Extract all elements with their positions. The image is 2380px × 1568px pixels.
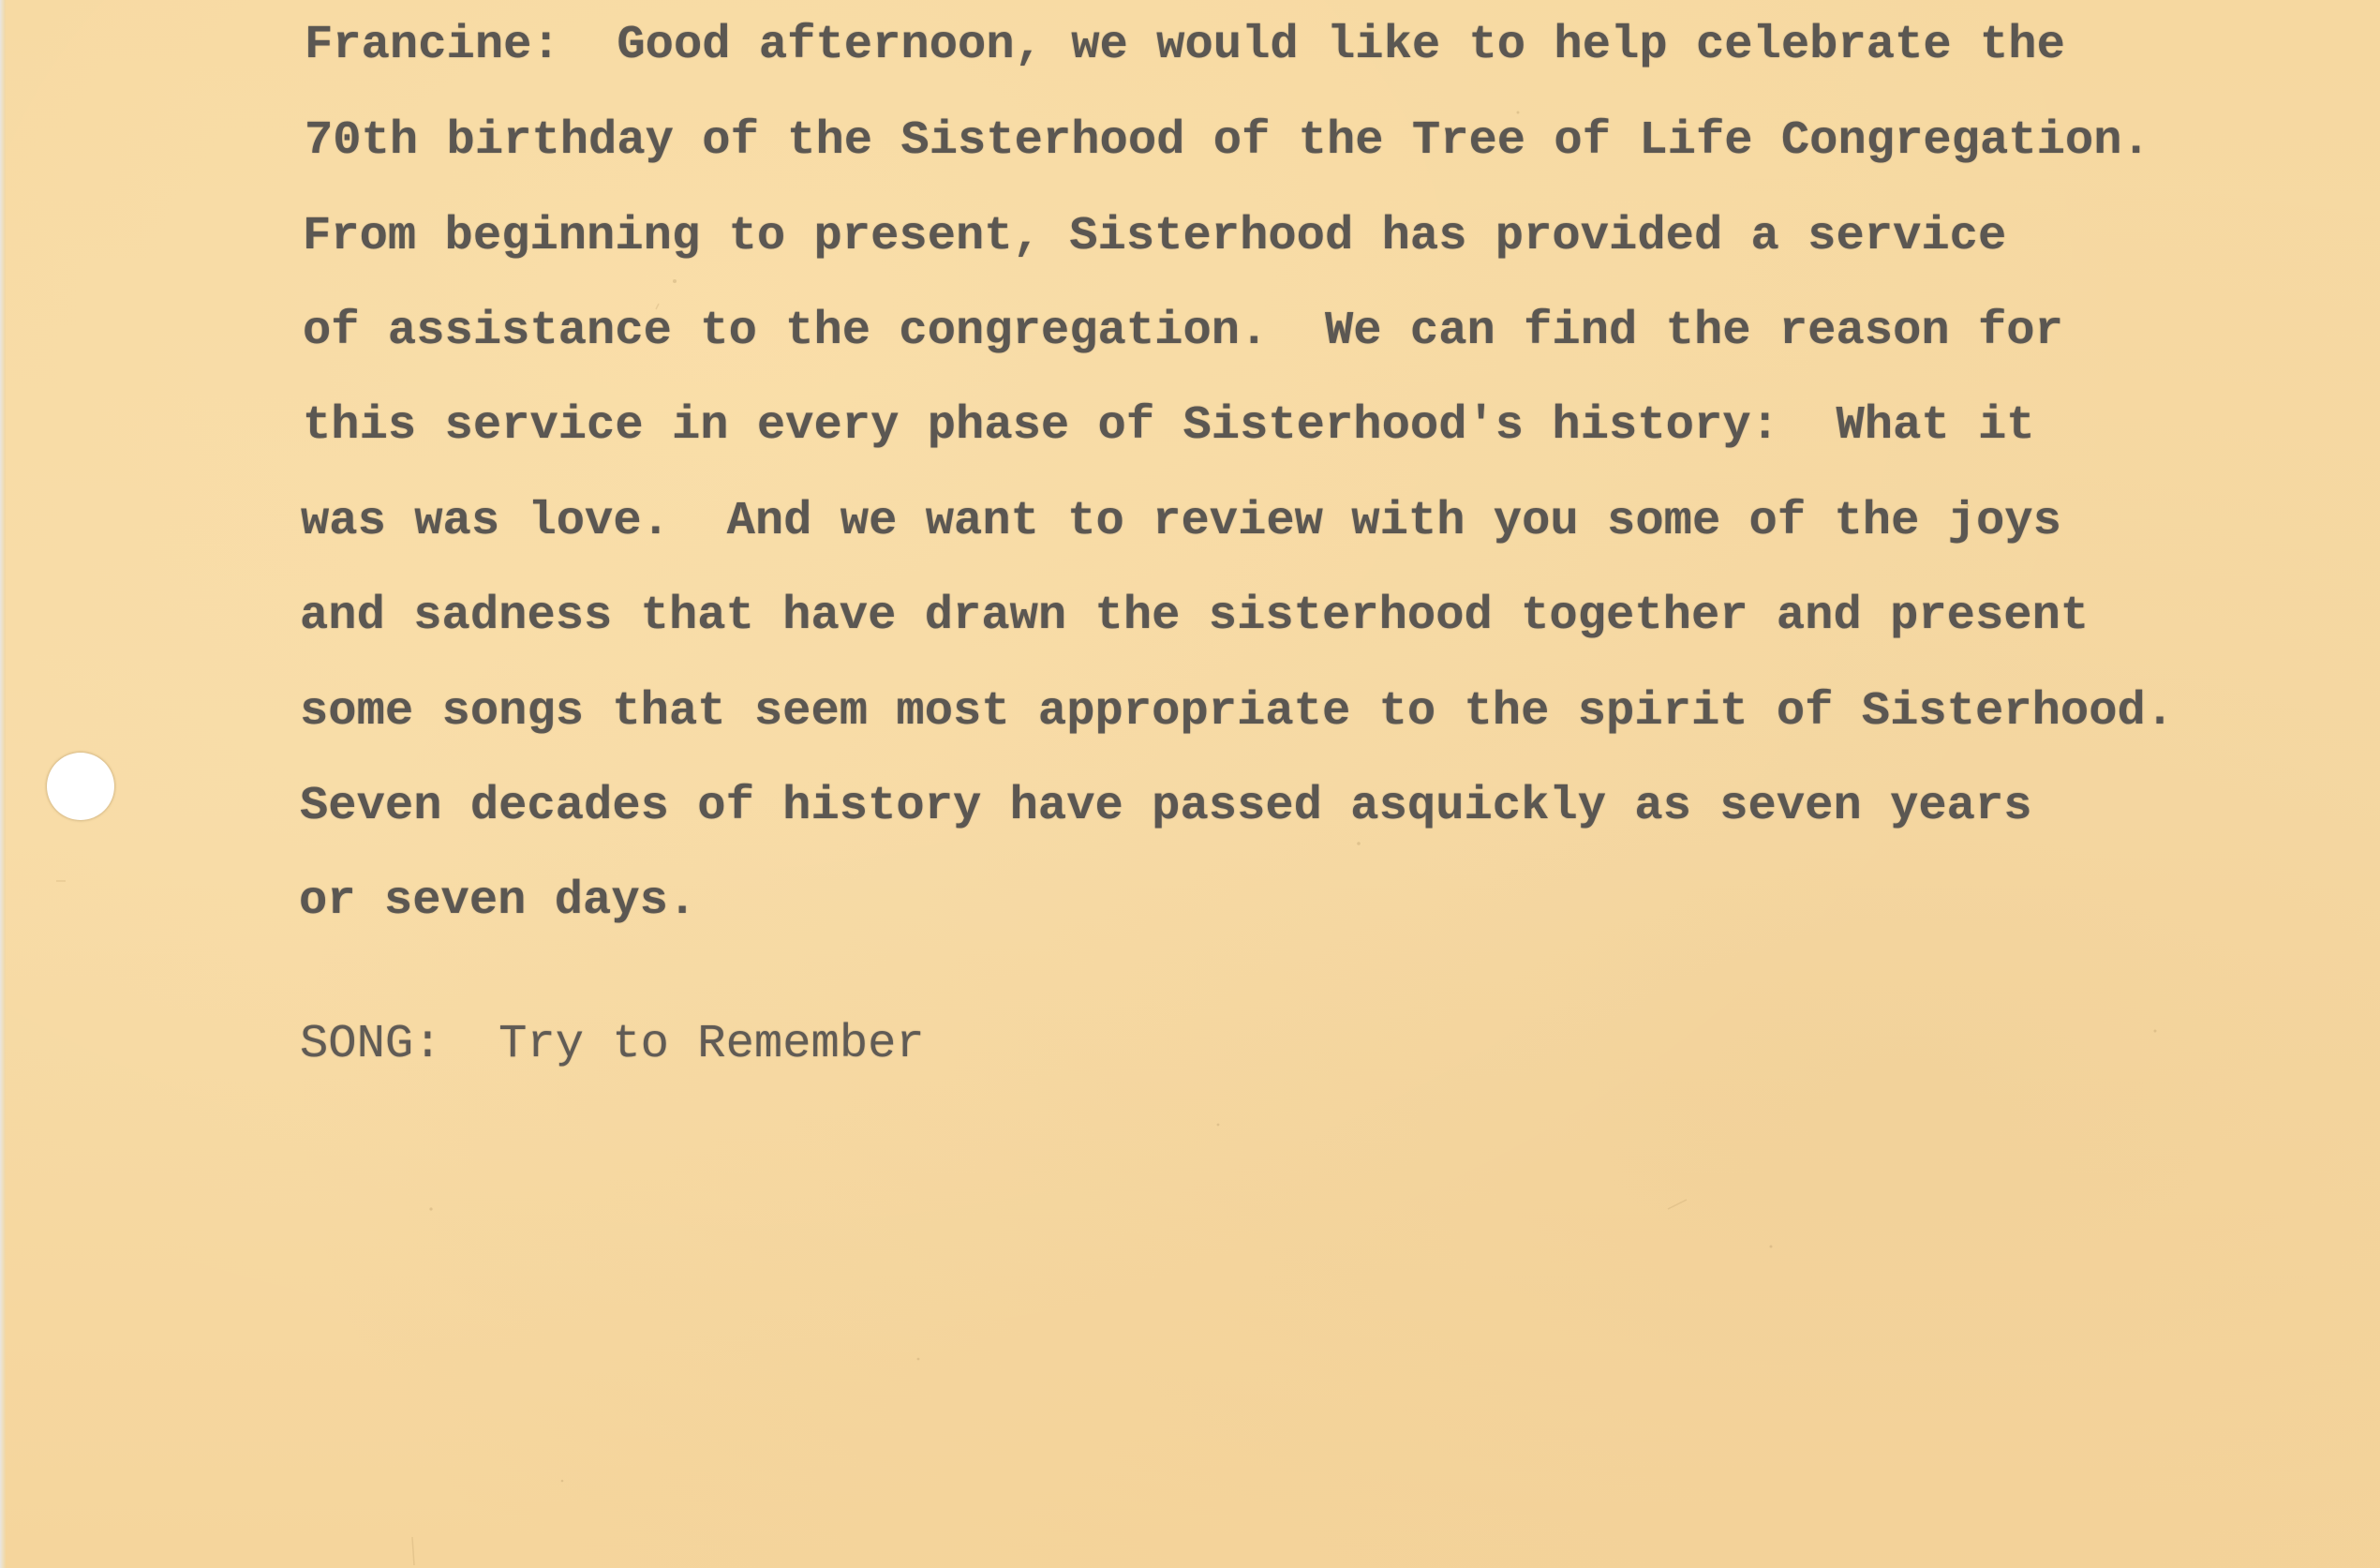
text-line: From beginning to present, Sisterhood ha… [303,214,2006,261]
text-line: or seven days. [299,878,696,926]
text-line: was was love. And we want to review with… [301,499,2061,546]
text-line: Seven decades of history have passed asq… [300,784,2032,831]
text-line: this service in every phase of Sisterhoo… [303,403,2035,451]
punch-hole [47,753,114,820]
text-line: some songs that seem most appropriate to… [300,689,2174,737]
typed-text-block: Francine: Good afternoon, we would like … [305,0,418,694]
song-label: SONG: [300,1018,442,1071]
song-spacer [442,1018,499,1071]
typed-page: Francine: Good afternoon, we would like … [0,0,2380,1568]
text-line: Francine: Good afternoon, we would like … [305,22,2065,70]
page-edge [0,0,6,1568]
song-title: Try to Remember [498,1018,925,1071]
song-line: SONG: Try to Remember [300,1022,925,1069]
text-line: and sadness that have drawn the sisterho… [300,593,2089,641]
text-line: of assistance to the congregation. We ca… [303,308,2063,356]
text-line: 70th birthday of the Sisterhood of the T… [305,118,2150,166]
